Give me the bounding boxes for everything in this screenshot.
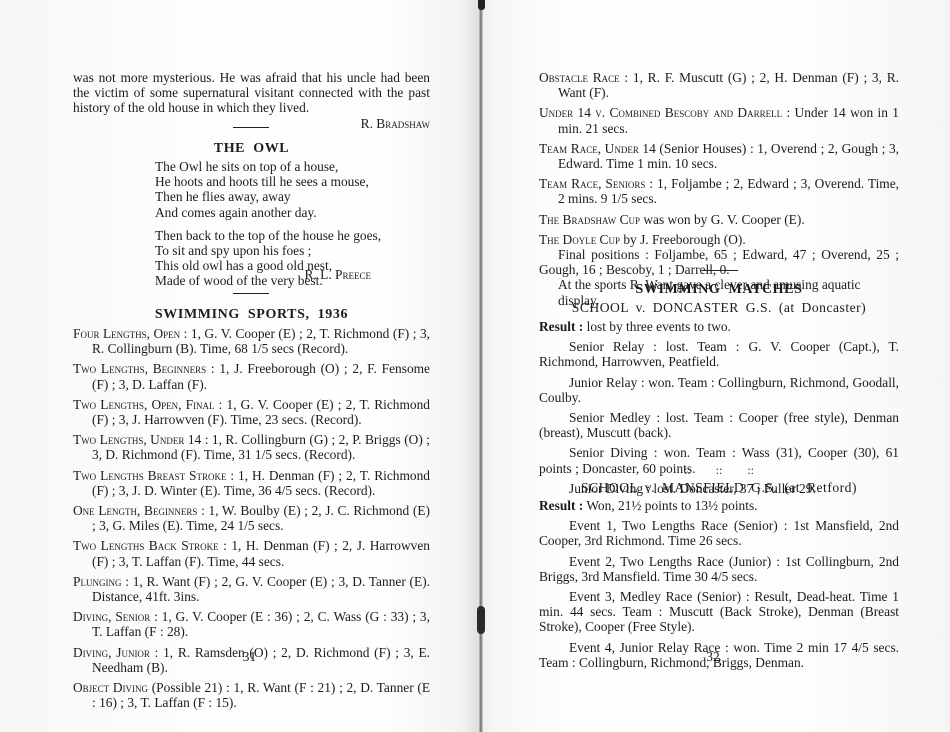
spine-ink-blot	[477, 606, 485, 634]
match-result: Result : Won, 21½ points to 13½ points.	[539, 498, 899, 513]
result-entry: Two Lengths, Under 14 : 1, R. Collingbur…	[73, 432, 430, 462]
cup-entry: The Doyle Cup by J. Freeborough (O).	[539, 232, 899, 247]
poem-line: Then he flies away, away	[155, 189, 430, 204]
match-event: Junior Relay : won. Team : Collingburn, …	[539, 375, 899, 405]
page-number: 31	[71, 649, 428, 664]
final-positions: Final positions : Foljambe, 65 ; Edward,…	[539, 247, 899, 262]
result-entry: Two Lengths Breast Stroke : 1, H. Denman…	[73, 468, 430, 498]
poem-line: And comes again another day.	[155, 205, 430, 220]
result-entry: Two Lengths Back Stroke : 1, H. Denman (…	[73, 538, 430, 568]
spine-ink-blot	[478, 0, 485, 10]
result-entry: Two Lengths, Open, Final : 1, G. V. Coop…	[73, 397, 430, 427]
poem-line: To sit and spy upon his foes ;	[155, 243, 430, 258]
poem-line: He hoots and hoots till he sees a mouse,	[155, 174, 430, 189]
section-rule	[233, 293, 269, 294]
result-entry: Four Lengths, Open : 1, G. V. Cooper (E)…	[73, 326, 430, 356]
result-entry: Team Race, Under 14 (Senior Houses) : 1,…	[539, 141, 899, 171]
poem-author: R. L. Preece	[73, 267, 371, 282]
poem-title: THE OWL	[73, 141, 430, 156]
matches-title: SWIMMING MATCHES	[539, 282, 899, 297]
section-rule	[702, 270, 738, 271]
section-rule	[233, 127, 269, 128]
result-entry: One Length, Beginners : 1, W. Boulby (E)…	[73, 503, 430, 533]
result-entry: Object Diving (Possible 21) : 1, R. Want…	[73, 680, 430, 710]
match-event: Event 2, Two Lengths Race (Junior) : 1st…	[539, 554, 899, 584]
page-31: was not more mysterious. He was afraid t…	[73, 0, 430, 732]
match-result: Result : lost by three events to two.	[539, 319, 899, 334]
poem-line: Then back to the top of the house he goe…	[155, 228, 430, 243]
result-entry: Team Race, Seniors : 1, Foljambe ; 2, Ed…	[539, 176, 899, 206]
match-event: Senior Medley : lost. Team : Cooper (fre…	[539, 410, 899, 440]
match-event: Event 3, Medley Race (Senior) : Result, …	[539, 589, 899, 635]
doncaster-match-title: SCHOOL v. DONCASTER G.S. (at Doncaster)	[539, 300, 899, 315]
page-32: Obstacle Race : 1, R. F. Muscutt (G) ; 2…	[539, 0, 899, 732]
result-entry: Two Lengths, Beginners : 1, J. Freeborou…	[73, 361, 430, 391]
poem-line: The Owl he sits on top of a house,	[155, 159, 430, 174]
result-entry: Diving, Senior : 1, G. V. Cooper (E : 36…	[73, 609, 430, 639]
result-entry: Obstacle Race : 1, R. F. Muscutt (G) ; 2…	[539, 70, 899, 100]
match-event: Senior Relay : lost. Team : G. V. Cooper…	[539, 339, 899, 369]
sports-results-continued: Obstacle Race : 1, R. F. Muscutt (G) ; 2…	[539, 70, 899, 308]
story-ending: was not more mysterious. He was afraid t…	[73, 70, 430, 116]
cup-entry: The Bradshaw Cup was won by G. V. Cooper…	[539, 212, 899, 227]
match-event: Event 1, Two Lengths Race (Senior) : 1st…	[539, 518, 899, 548]
page-number: 32	[533, 649, 893, 664]
mansfield-match-title: SCHOOL v. MANSFIELD G.S. (at Retford)	[539, 480, 899, 495]
result-entry: Under 14 v. Combined Bescoby and Darrell…	[539, 105, 899, 135]
section-separator: :: :: ::	[539, 463, 899, 478]
sports-title: SWIMMING SPORTS, 1936	[73, 307, 430, 322]
result-entry: Plunging : 1, R. Want (F) ; 2, G. V. Coo…	[73, 574, 430, 604]
story-author: R. Bradshaw	[73, 116, 430, 131]
